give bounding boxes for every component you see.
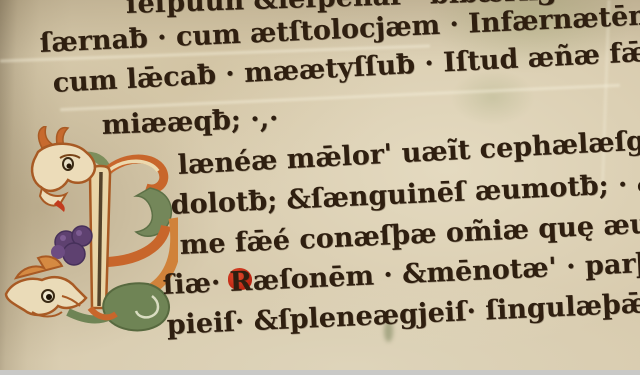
photo-bottom-edge [0,370,640,375]
manuscript-line-4: miææqƀ; ·,· [101,99,279,146]
illuminated-initial-B [2,126,178,348]
manuscript-photo: ſeſpuūn &ieſpēnaſ · bibærnʒ &eſte æſēm ſ… [0,0,640,375]
beast-head-top [32,126,95,212]
